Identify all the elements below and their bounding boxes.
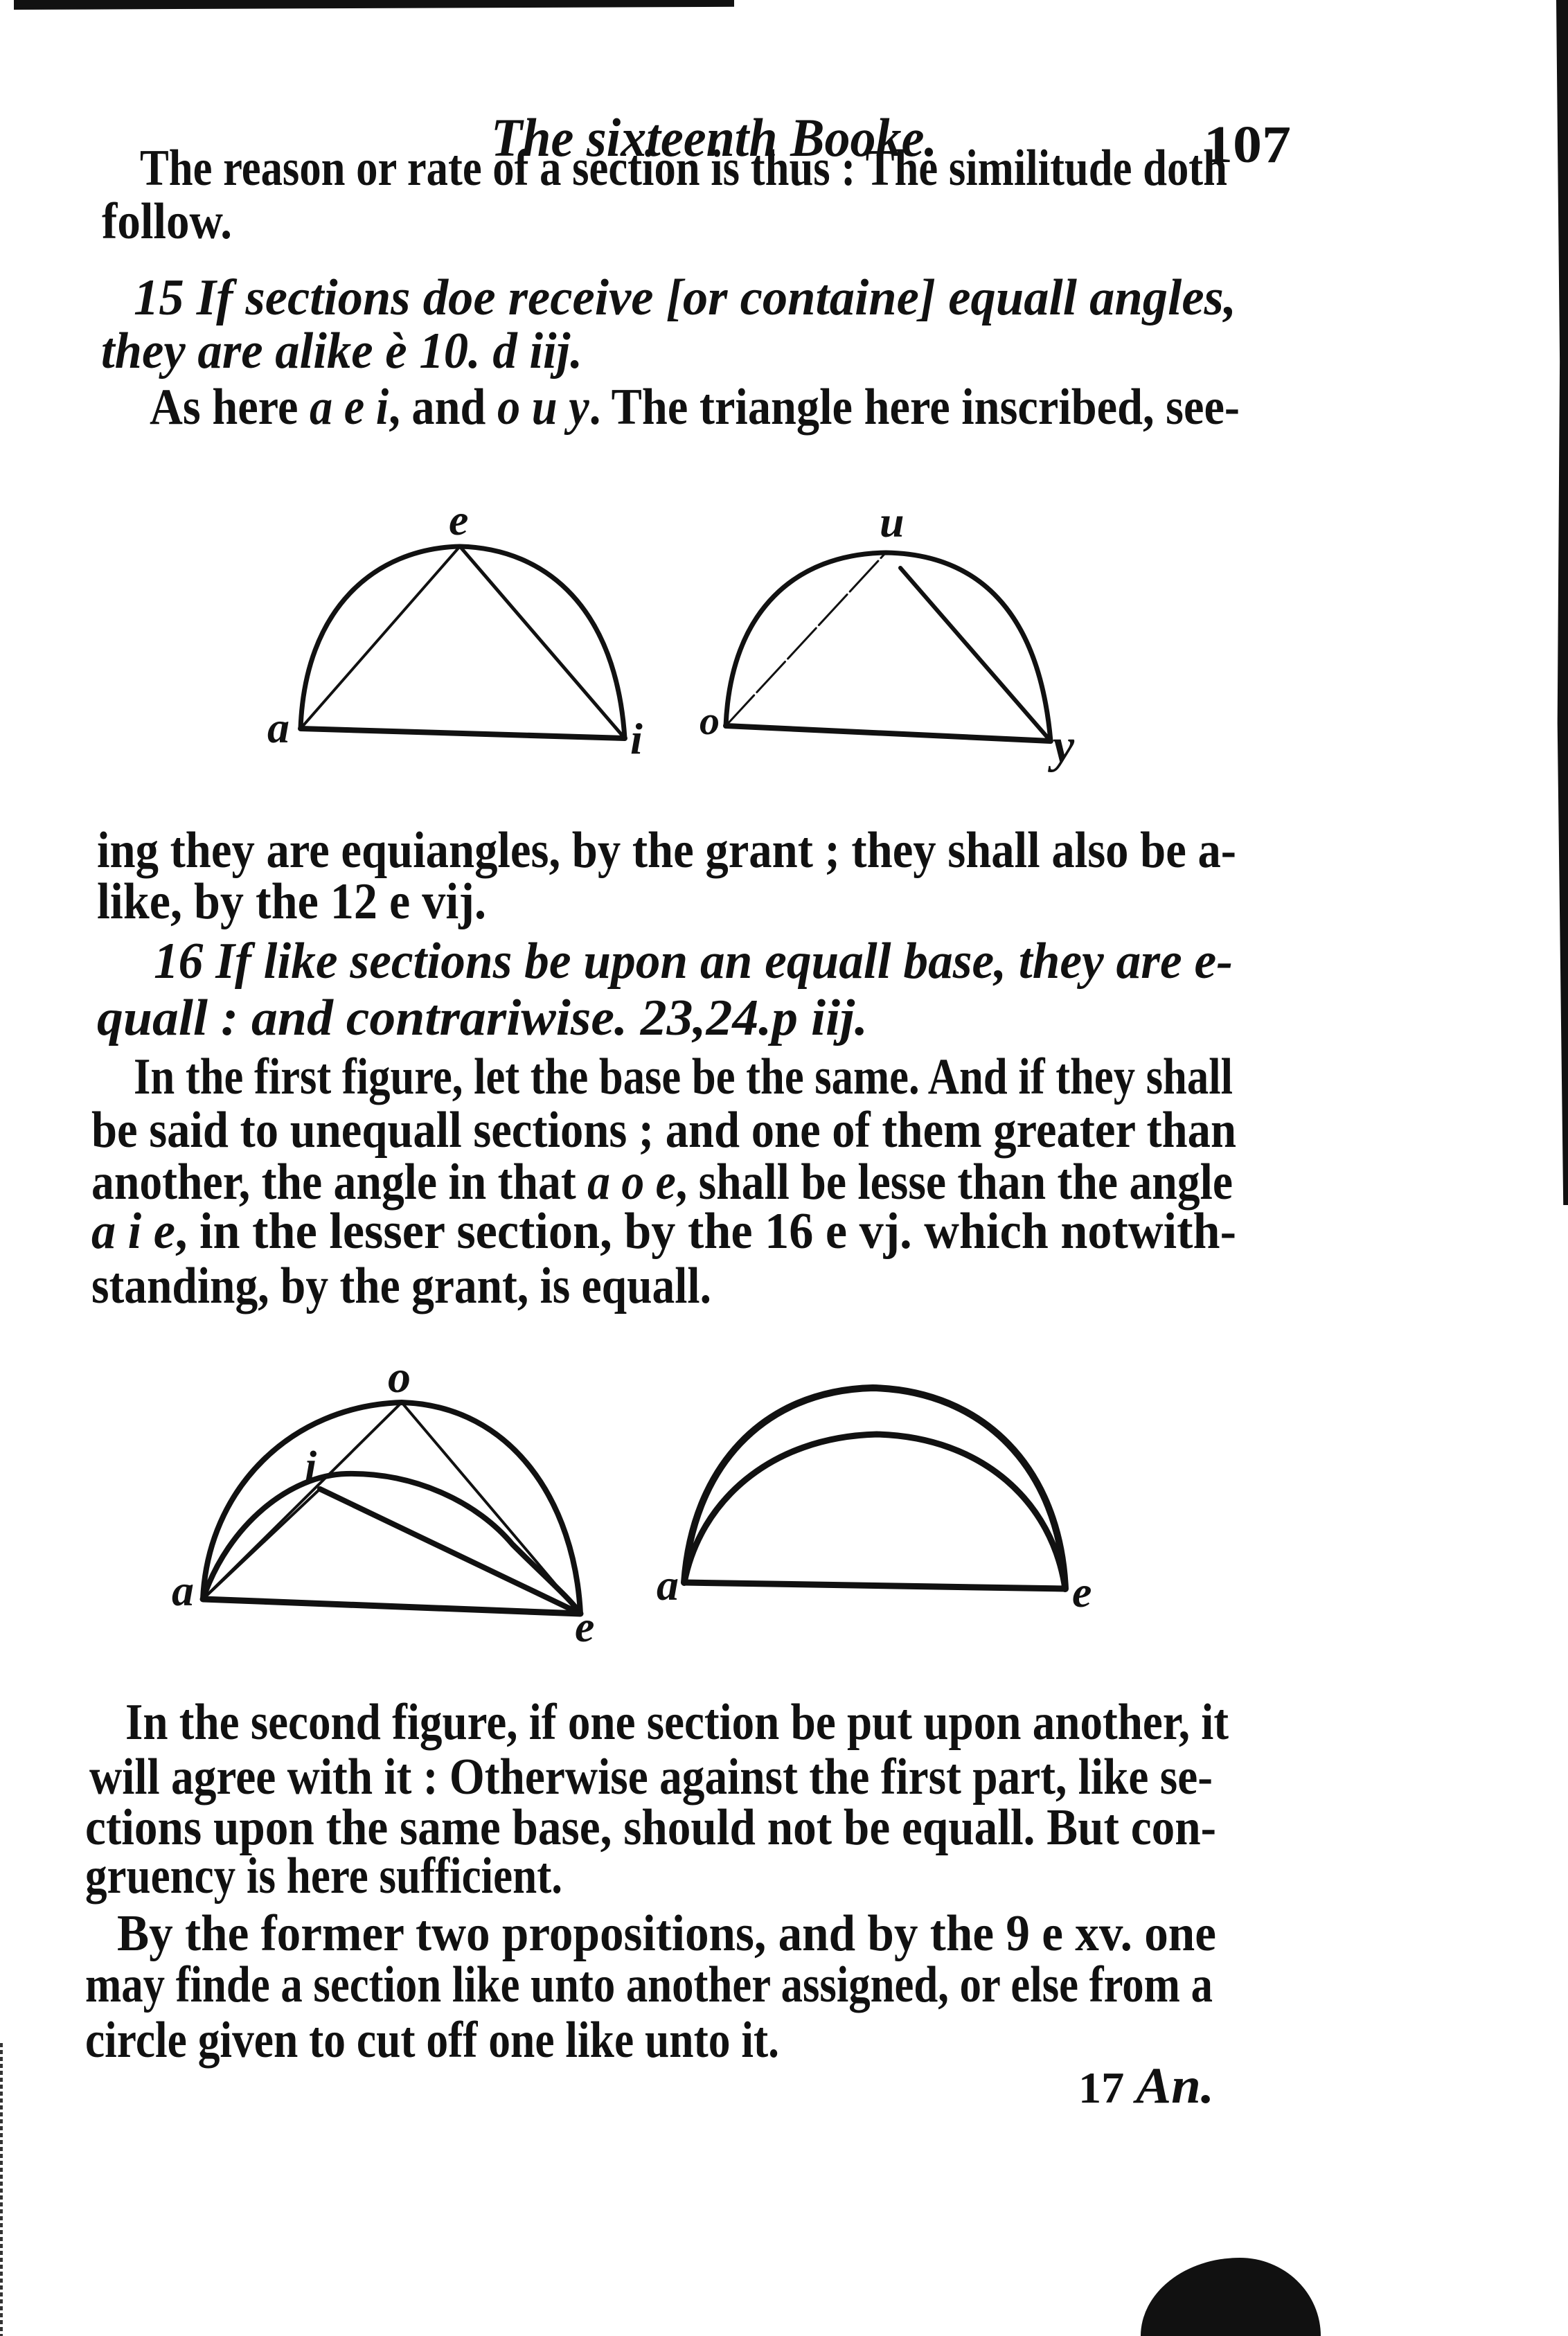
text-run: will agree with it : Otherwise against t… [89,1749,1213,1806]
text-line: By the former two propositions, and by t… [117,1908,1292,1959]
line-text: will agree with it : Otherwise against t… [89,1751,1213,1803]
text-run: circle given to cut off one like unto it… [85,2012,779,2069]
text-run: 17 [1078,2063,1136,2112]
figure-2-right-sections: a e [657,1388,1092,1616]
italic-run: An. [1136,2058,1214,2114]
label-a: a [657,1560,679,1610]
line-text: circle given to cut off one like unto it… [85,2015,779,2066]
line-text: ctions upon the same base, should not be… [85,1802,1216,1853]
line-text: In the second figure, if one section be … [125,1697,1229,1748]
label-e: e [1072,1567,1092,1616]
catchword: 17 An. [1078,2060,1209,2112]
label-i: i [305,1443,317,1490]
text-line: may finde a section like unto another as… [85,1959,1415,2010]
label-a: a [172,1566,194,1615]
line-text: By the former two propositions, and by t… [117,1908,1216,1959]
figure-2-left-sections: o i a e [172,1352,594,1651]
text-line: gruency is here sufficient. [85,1851,645,1902]
line-text: gruency is here sufficient. [85,1851,562,1902]
text-line: will agree with it : Otherwise against t… [89,1751,1361,1803]
line-text: may finde a section like unto another as… [85,1959,1213,2010]
text-run: may finde a section like unto another as… [85,1956,1213,2013]
book-page: The sixteenth Booke. 107 The reason or r… [0,0,1568,2336]
text-run: By the former two propositions, and by t… [117,1905,1216,1962]
text-run: In the second figure, if one section be … [125,1694,1229,1751]
label-o: o [388,1352,411,1402]
text-run: gruency is here sufficient. [85,1848,562,1905]
text-line: circle given to cut off one like unto it… [85,2015,894,2066]
line-text: 17 An. [1078,2060,1214,2112]
text-line: In the second figure, if one section be … [125,1697,1380,1748]
text-line: ctions upon the same base, should not be… [85,1802,1330,1853]
label-e: e [575,1602,594,1651]
